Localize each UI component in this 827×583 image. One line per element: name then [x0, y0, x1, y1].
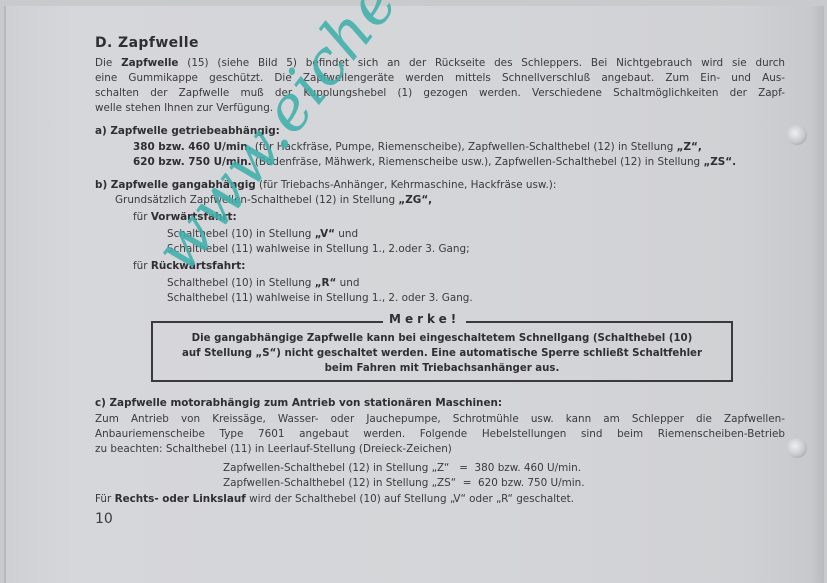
subsection-c-line: Anbauriemenscheibe Type 7601 angebaut we…: [95, 427, 785, 443]
intro-line: welle stehen Ihnen zur Verfügung.: [95, 101, 273, 117]
intro-line: schalten der Zapfwelle muß der Kupplungs…: [95, 86, 785, 102]
forward-line: Schalthebel (11) wahlweise in Stellung 1…: [167, 242, 470, 258]
intro-line: Die Zapfwelle (15) (siehe Bild 5) befind…: [95, 56, 785, 72]
section-heading: D. Zapfwelle: [95, 36, 199, 52]
binding-edge: [810, 6, 824, 583]
note-line: beim Fahren mit Triebachsanhänger aus.: [153, 361, 731, 377]
subsection-c-label: c) Zapfwelle motorabhängig zum Antrieb v…: [95, 396, 502, 412]
note-title: Merke!: [383, 312, 466, 328]
page-number: 10: [95, 512, 113, 528]
setting-line: Zapfwellen-Schalthebel (12) in Stellung …: [223, 461, 581, 477]
forward-line: Schalthebel (10) in Stellung „V“ und: [167, 227, 358, 243]
note-box: Merke! Die gangabhängige Zapfwelle kann …: [151, 321, 733, 382]
subsection-a-label: a) Zapfwelle getriebeabhängig:: [95, 124, 280, 140]
subsection-c-line: zu beachten: Schalthebel (11) in Leerlau…: [95, 442, 452, 458]
punch-hole-bottom: [787, 438, 807, 458]
final-line: Für Rechts- oder Linkslauf wird der Scha…: [95, 492, 574, 508]
subsection-a-line: 620 bzw. 750 U/min. (Bodenfräse, Mähwerk…: [133, 155, 736, 171]
subsection-b-label: b) Zapfwelle gangabhängig (für Triebachs…: [95, 178, 556, 194]
subsection-a-line: 380 bzw. 460 U/min. (für Hackfräse, Pump…: [133, 140, 702, 156]
note-line: Die gangabhängige Zapfwelle kann bei ein…: [153, 331, 731, 347]
punch-hole-top: [787, 125, 807, 145]
reverse-line: Schalthebel (10) in Stellung „R“ und: [167, 276, 359, 292]
note-line: auf Stellung „S“) nicht geschaltet werde…: [153, 346, 731, 362]
forward-label: für Vorwärtsfahrt:: [133, 210, 237, 226]
subsection-c-line: Zum Antrieb von Kreissäge, Wasser- oder …: [95, 412, 785, 428]
setting-line: Zapfwellen-Schalthebel (12) in Stellung …: [223, 476, 585, 492]
reverse-label: für Rückwärtsfahrt:: [133, 259, 245, 275]
reverse-line: Schalthebel (11) wahlweise in Stellung 1…: [167, 291, 473, 307]
intro-line: eine Gummikappe geschützt. Die Zapfwelle…: [95, 71, 785, 87]
subsection-b-basic: Grundsätzlich Zapfwellen-Schalthebel (12…: [115, 193, 432, 209]
